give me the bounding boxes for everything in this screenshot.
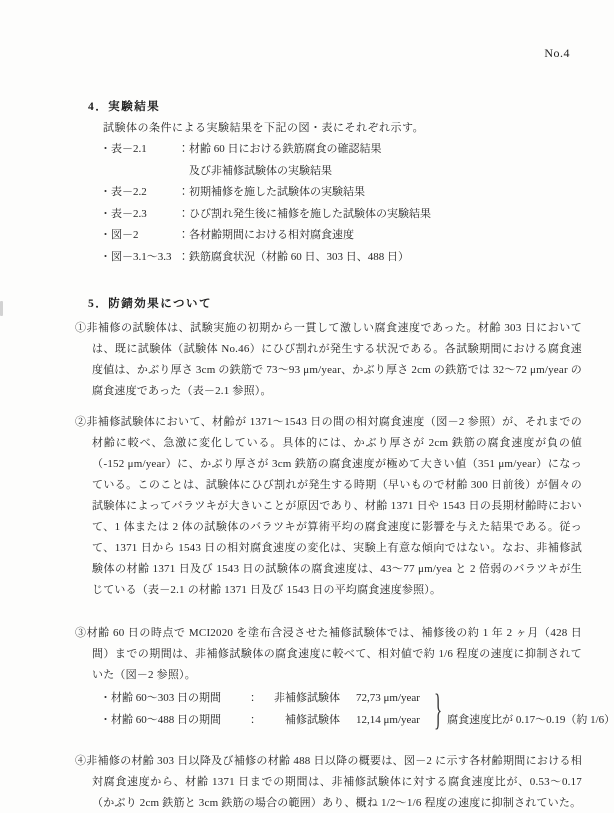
list-item: ・表－2.2 ：初期補修を施した試験体の実験結果 <box>100 182 582 204</box>
corrosion-rate-comparison: ・材齢 60～303 日の期間 ： 非補修試験体 72,73 μm/year ・… <box>100 688 582 731</box>
page-number: No.4 <box>544 46 570 61</box>
comparison-period: ・材齢 60～303 日の期間 <box>100 688 250 710</box>
list-item: ・表－2.1 ：材齢 60 日における鉄筋腐食の確認結果 <box>100 139 582 161</box>
list-item: ・図－3.1～3.3 ：鉄筋腐食状況（材齢 60 日、303 日、488 日） <box>100 247 582 269</box>
scan-artifact <box>0 301 3 316</box>
comparison-period: ・材齢 60～488 日の期間 <box>100 710 250 732</box>
comparison-row: ・材齢 60～488 日の期間 ： 補修試験体 12,14 μm/year <box>100 710 420 732</box>
list-item-label: ・図－2 <box>100 225 178 247</box>
list-item-label: ・表－2.2 <box>100 182 178 204</box>
paragraph-3-intro: ③材齢 60 日の時点で MCI2020 を塗布含浸させた補修試験体では、補修後… <box>75 623 582 686</box>
results-list: ・表－2.1 ：材齢 60 日における鉄筋腐食の確認結果 及び非補修試験体の実験… <box>100 139 582 268</box>
document-content: 4．実験結果 試験体の条件による実験結果を下記の図・表にそれぞれ示す。 ・表－2… <box>75 97 582 813</box>
list-item-label: ・表－2.3 <box>100 204 178 226</box>
comparison-note: 腐食速度比が 0.17～0.19（約 1/6） <box>447 710 614 732</box>
list-item-label: ・表－2.1 <box>100 139 178 161</box>
comparison-value: 72,73 μm/year <box>356 688 420 710</box>
section5-heading: 5．防錆効果について <box>88 294 582 315</box>
list-item-desc: ：初期補修を施した試験体の実験結果 <box>178 182 365 204</box>
section4-heading: 4．実験結果 <box>88 97 582 118</box>
list-item-label-empty <box>100 161 178 183</box>
comparison-specimen: 補修試験体 <box>264 710 340 732</box>
list-item-desc: ：鉄筋腐食状況（材齢 60 日、303 日、488 日） <box>178 247 409 269</box>
comparison-specimen: 非補修試験体 <box>264 688 340 710</box>
list-item-desc2: 及び非補修試験体の実験結果 <box>178 161 332 183</box>
list-item-desc: ：各材齢期間における相対腐食速度 <box>178 225 354 247</box>
comparison-colon: ： <box>250 710 264 732</box>
grouping-brace-icon: } <box>434 688 442 731</box>
list-item-desc: ：ひび割れ発生後に補修を施した試験体の実験結果 <box>178 204 431 226</box>
paragraph-4: ④非補修の材齢 303 日以降及び補修の材齢 488 日以降の概要は、図－2 に… <box>75 751 582 813</box>
comparison-value: 12,14 μm/year <box>356 710 420 732</box>
comparison-colon: ： <box>250 688 264 710</box>
list-item-desc: ：材齢 60 日における鉄筋腐食の確認結果 <box>178 139 382 161</box>
section4-intro: 試験体の条件による実験結果を下記の図・表にそれぞれ示す。 <box>103 118 582 139</box>
comparison-row: ・材齢 60～303 日の期間 ： 非補修試験体 72,73 μm/year <box>100 688 420 710</box>
list-item: ・図－2 ：各材齢期間における相対腐食速度 <box>100 225 582 247</box>
paragraph-1: ①非補修の試験体は、試験実施の初期から一貫して激しい腐食速度であった。材齢 30… <box>75 318 582 402</box>
list-item-continuation: 及び非補修試験体の実験結果 <box>100 161 582 183</box>
list-item-label: ・図－3.1～3.3 <box>100 247 178 269</box>
comparison-rows: ・材齢 60～303 日の期間 ： 非補修試験体 72,73 μm/year ・… <box>100 688 420 731</box>
list-item: ・表－2.3 ：ひび割れ発生後に補修を施した試験体の実験結果 <box>100 204 582 226</box>
scanned-document-page: No.4 4．実験結果 試験体の条件による実験結果を下記の図・表にそれぞれ示す。… <box>0 0 614 813</box>
paragraph-2: ②非補修試験体において、材齢が 1371～1543 日の間の相対腐食速度（図－2… <box>75 412 582 601</box>
